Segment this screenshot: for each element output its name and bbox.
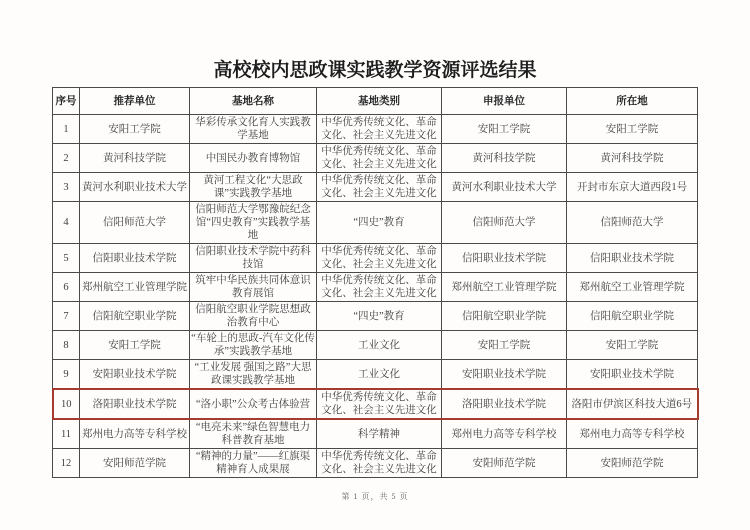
cell-base-category: 工业文化 (317, 360, 442, 390)
cell-location: 开封市东京大道西段1号 (567, 173, 698, 202)
col-header-category: 基地类别 (317, 88, 442, 115)
cell-base-name: 筑牢中华民族共同体意识教育展馆 (190, 273, 317, 302)
cell-recommender: 安阳职业技术学院 (80, 360, 190, 390)
cell-base-category: 工业文化 (317, 331, 442, 360)
cell-applicant: 安阳职业技术学院 (442, 360, 567, 390)
cell-location: 信阳师范大学 (567, 202, 698, 244)
cell-applicant: 信阳职业技术学院 (442, 244, 567, 273)
cell-recommender: 安阳工学院 (80, 115, 190, 144)
cell-serial: 6 (53, 273, 80, 302)
table-row: 3黄河水利职业技术大学黄河工程文化“大思政课”实践教学基地中华优秀传统文化、革命… (53, 173, 698, 202)
cell-applicant: 安阳工学院 (442, 115, 567, 144)
col-header-applicant: 申报单位 (442, 88, 567, 115)
cell-base-name: 黄河工程文化“大思政课”实践教学基地 (190, 173, 317, 202)
col-header-base-name: 基地名称 (190, 88, 317, 115)
table-header-row: 序号 推荐单位 基地名称 基地类别 申报单位 所在地 (53, 88, 698, 115)
cell-base-name: 中国民办教育博物馆 (190, 144, 317, 173)
page-footer: 第 1 页，共 5 页 (0, 491, 750, 502)
cell-applicant: 洛阳职业技术学院 (442, 389, 567, 419)
cell-applicant: 信阳师范大学 (442, 202, 567, 244)
table-row: 7信阳航空职业学院信阳航空职业学院思想政治教育中心“四史”教育信阳航空职业学院信… (53, 302, 698, 331)
cell-base-name: “洛小职”公众考古体验营 (190, 389, 317, 419)
document-page: 高校校内思政课实践教学资源评选结果 序号 推荐单位 基地名称 基地类别 申报单位… (0, 0, 750, 530)
cell-serial: 12 (53, 449, 80, 478)
cell-serial: 9 (53, 360, 80, 390)
cell-base-name: “精神的力量”——红旗渠精神育人成果展 (190, 449, 317, 478)
cell-recommender: 郑州航空工业管理学院 (80, 273, 190, 302)
col-header-recommender: 推荐单位 (80, 88, 190, 115)
cell-serial: 10 (53, 389, 80, 419)
cell-applicant: 安阳工学院 (442, 331, 567, 360)
cell-base-category: 中华优秀传统文化、革命文化、社会主义先进文化 (317, 389, 442, 419)
cell-location: 安阳师范学院 (567, 449, 698, 478)
cell-base-category: 中华优秀传统文化、革命文化、社会主义先进文化 (317, 115, 442, 144)
col-header-serial: 序号 (53, 88, 80, 115)
cell-location: 安阳工学院 (567, 331, 698, 360)
cell-base-category: “四史”教育 (317, 302, 442, 331)
cell-serial: 7 (53, 302, 80, 331)
cell-applicant: 黄河科技学院 (442, 144, 567, 173)
cell-recommender: 信阳师范大学 (80, 202, 190, 244)
cell-base-name: “电亮未来”绿色智慧电力科普教育基地 (190, 419, 317, 449)
cell-base-category: 中华优秀传统文化、革命文化、社会主义先进文化 (317, 449, 442, 478)
cell-recommender: 黄河水利职业技术大学 (80, 173, 190, 202)
cell-recommender: 安阳师范学院 (80, 449, 190, 478)
cell-base-name: “工业发展 强国之路”大思政课实践教学基地 (190, 360, 317, 390)
results-table: 序号 推荐单位 基地名称 基地类别 申报单位 所在地 1安阳工学院华彩传承文化育… (52, 87, 699, 478)
table-row: 10洛阳职业技术学院“洛小职”公众考古体验营中华优秀传统文化、革命文化、社会主义… (53, 389, 698, 419)
cell-location: 安阳职业技术学院 (567, 360, 698, 390)
cell-applicant: 安阳师范学院 (442, 449, 567, 478)
cell-location: 信阳职业技术学院 (567, 244, 698, 273)
cell-recommender: 安阳工学院 (80, 331, 190, 360)
cell-location: 安阳工学院 (567, 115, 698, 144)
table-row: 11郑州电力高等专科学校“电亮未来”绿色智慧电力科普教育基地科学精神郑州电力高等… (53, 419, 698, 449)
cell-base-category: 科学精神 (317, 419, 442, 449)
cell-location: 信阳航空职业学院 (567, 302, 698, 331)
cell-recommender: 信阳航空职业学院 (80, 302, 190, 331)
table-row: 4信阳师范大学信阳师范大学鄂豫皖纪念馆“四史教育”实践教学基地“四史”教育信阳师… (53, 202, 698, 244)
cell-location: 郑州电力高等专科学校 (567, 419, 698, 449)
cell-recommender: 郑州电力高等专科学校 (80, 419, 190, 449)
cell-base-name: 信阳师范大学鄂豫皖纪念馆“四史教育”实践教学基地 (190, 202, 317, 244)
cell-recommender: 信阳职业技术学院 (80, 244, 190, 273)
table-row: 9安阳职业技术学院“工业发展 强国之路”大思政课实践教学基地工业文化安阳职业技术… (53, 360, 698, 390)
cell-location: 郑州航空工业管理学院 (567, 273, 698, 302)
cell-recommender: 黄河科技学院 (80, 144, 190, 173)
cell-base-name: “车轮上的思政-汽车文化传承”实践教学基地 (190, 331, 317, 360)
cell-serial: 1 (53, 115, 80, 144)
cell-location: 洛阳市伊滨区科技大道6号 (567, 389, 698, 419)
table-row: 2黄河科技学院中国民办教育博物馆中华优秀传统文化、革命文化、社会主义先进文化黄河… (53, 144, 698, 173)
cell-serial: 11 (53, 419, 80, 449)
cell-base-name: 信阳职业技术学院中药科技馆 (190, 244, 317, 273)
cell-base-name: 华彩传承文化育人实践教学基地 (190, 115, 317, 144)
cell-serial: 4 (53, 202, 80, 244)
cell-base-category: 中华优秀传统文化、革命文化、社会主义先进文化 (317, 144, 442, 173)
cell-location: 黄河科技学院 (567, 144, 698, 173)
cell-applicant: 郑州航空工业管理学院 (442, 273, 567, 302)
cell-serial: 8 (53, 331, 80, 360)
cell-applicant: 黄河水利职业技术大学 (442, 173, 567, 202)
page-title: 高校校内思政课实践教学资源评选结果 (0, 0, 750, 82)
cell-serial: 3 (53, 173, 80, 202)
cell-base-category: 中华优秀传统文化、革命文化、社会主义先进文化 (317, 244, 442, 273)
cell-serial: 2 (53, 144, 80, 173)
table-row: 5信阳职业技术学院信阳职业技术学院中药科技馆中华优秀传统文化、革命文化、社会主义… (53, 244, 698, 273)
cell-applicant: 郑州电力高等专科学校 (442, 419, 567, 449)
cell-recommender: 洛阳职业技术学院 (80, 389, 190, 419)
cell-applicant: 信阳航空职业学院 (442, 302, 567, 331)
table-row: 1安阳工学院华彩传承文化育人实践教学基地中华优秀传统文化、革命文化、社会主义先进… (53, 115, 698, 144)
table-row: 6郑州航空工业管理学院筑牢中华民族共同体意识教育展馆中华优秀传统文化、革命文化、… (53, 273, 698, 302)
cell-serial: 5 (53, 244, 80, 273)
cell-base-name: 信阳航空职业学院思想政治教育中心 (190, 302, 317, 331)
results-table-body: 1安阳工学院华彩传承文化育人实践教学基地中华优秀传统文化、革命文化、社会主义先进… (53, 115, 698, 478)
cell-base-category: 中华优秀传统文化、革命文化、社会主义先进文化 (317, 173, 442, 202)
cell-base-category: 中华优秀传统文化、革命文化、社会主义先进文化 (317, 273, 442, 302)
table-row: 12安阳师范学院“精神的力量”——红旗渠精神育人成果展中华优秀传统文化、革命文化… (53, 449, 698, 478)
table-row: 8安阳工学院“车轮上的思政-汽车文化传承”实践教学基地工业文化安阳工学院安阳工学… (53, 331, 698, 360)
cell-base-category: “四史”教育 (317, 202, 442, 244)
col-header-location: 所在地 (567, 88, 698, 115)
